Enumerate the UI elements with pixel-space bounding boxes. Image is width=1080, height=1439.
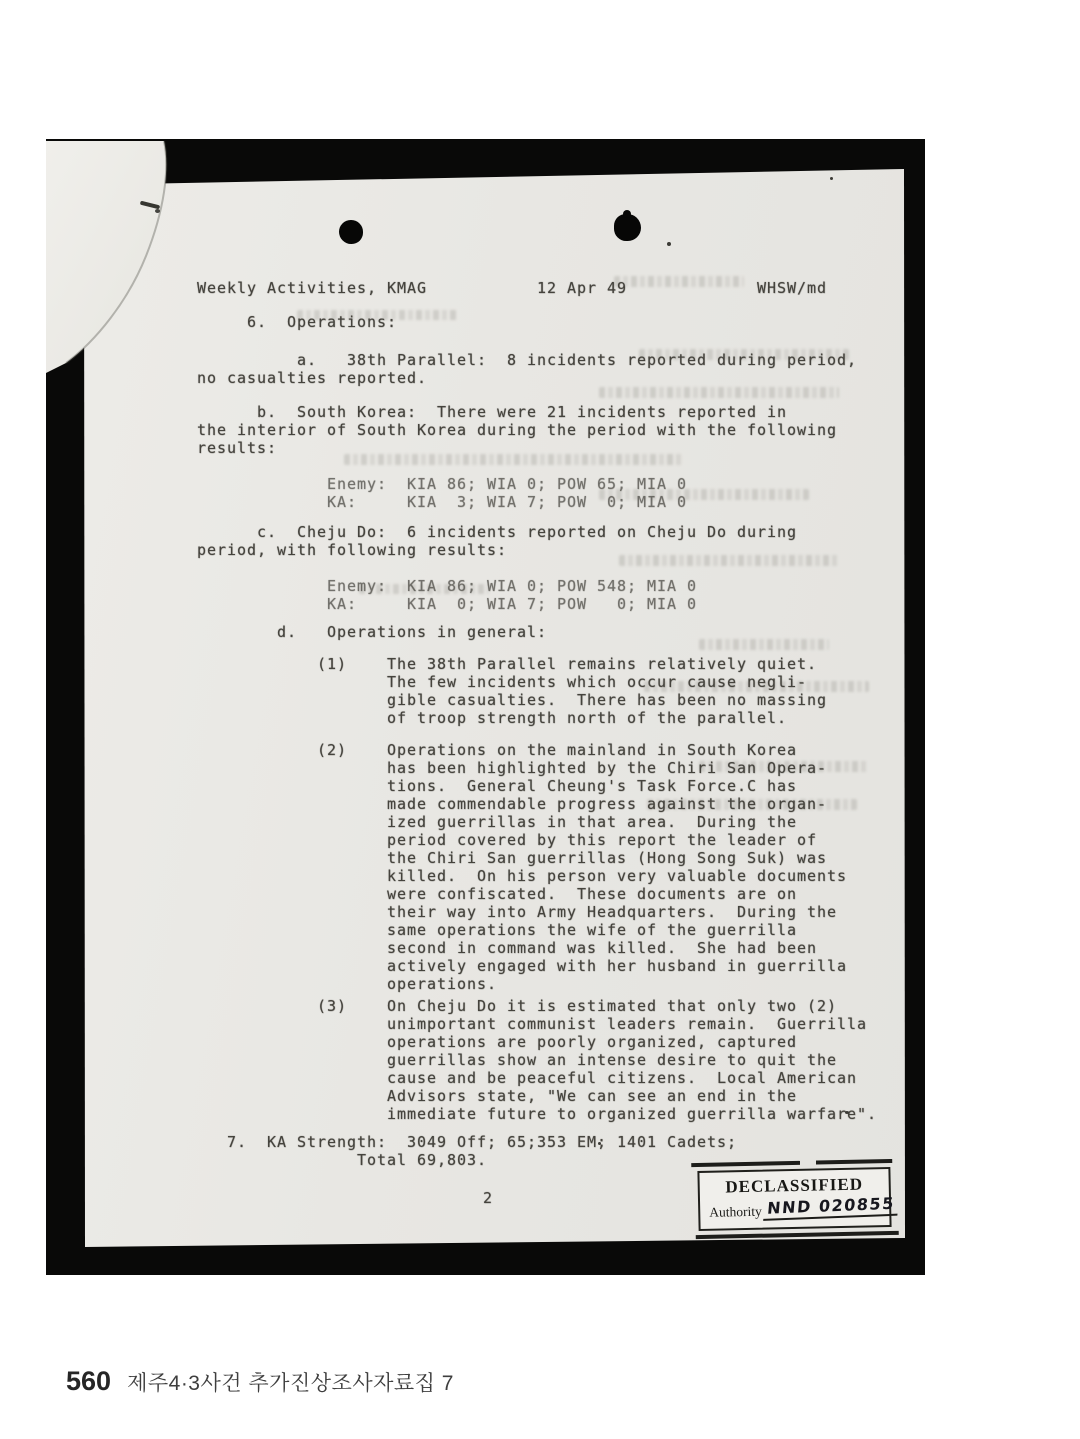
typewriter-line: guerrillas show an intense desire to qui… (197, 1052, 837, 1068)
typewriter-line: results: (197, 440, 277, 456)
stamp-authority-value: NND 020855 (763, 1194, 899, 1221)
typewriter-line: no casualties reported. (197, 370, 427, 386)
typewriter-line: unimportant communist leaders remain. Gu… (197, 1016, 867, 1032)
typewriter-line: has been highlighted by the Chiri San Op… (197, 760, 827, 776)
typewriter-line: Advisors state, "We can see an end in th… (197, 1088, 797, 1104)
declassified-stamp: DECLASSIFIED Authority NND 020855 (697, 1167, 891, 1231)
typewriter-line: actively engaged with her husband in gue… (197, 958, 847, 974)
typewriter-line: a. 38th Parallel: 8 incidents reported d… (197, 352, 857, 368)
typewriter-line: KA: KIA 0; WIA 7; POW 0; MIA 0 (197, 596, 697, 612)
typewriter-line: same operations the wife of the guerrill… (197, 922, 797, 938)
typewriter-line: period covered by this report the leader… (197, 832, 817, 848)
typewriter-line: (3) On Cheju Do it is estimated that onl… (197, 998, 837, 1014)
typewriter-line: the interior of South Korea during the p… (197, 422, 837, 438)
typewriter-line: KA: KIA 3; WIA 7; POW 0; MIA 0 (197, 494, 687, 510)
document-photo: Weekly Activities, KMAG 12 Apr 49 WHSW/m… (46, 139, 925, 1275)
typewriter-line: tions. General Cheung's Task Force.C has (197, 778, 797, 794)
typewriter-line: of troop strength north of the parallel. (197, 710, 787, 726)
stamp-authority-label: Authority (709, 1204, 762, 1221)
typewriter-line: (1) The 38th Parallel remains relatively… (197, 656, 817, 672)
typewriter-line: 2 (483, 1190, 493, 1206)
typewriter-line: Enemy: KIA 86; WIA 0; POW 548; MIA 0 (197, 578, 697, 594)
typewriter-line: the Chiri San guerrillas (Hong Song Suk)… (197, 850, 827, 866)
typewriter-line: operations. (197, 976, 497, 992)
typewriter-line: 7. KA Strength: 3049 Off; 65;353 EM; 140… (197, 1134, 737, 1150)
staple-mark (155, 209, 160, 213)
typewriter-line: period, with following results: (197, 542, 507, 558)
page-curl (46, 141, 216, 377)
paper-speck (598, 1142, 601, 1145)
typewriter-line: operations are poorly organized, capture… (197, 1034, 797, 1050)
paper-speck (667, 242, 671, 246)
footer-caption: 560 제주4·3사건 추가진상조사자료집 7 (66, 1366, 454, 1397)
paper-speck (845, 1111, 849, 1114)
typewriter-line: The few incidents which occur cause negl… (197, 674, 807, 690)
typewriter-line: Enemy: KIA 86; WIA 0; POW 65; MIA 0 (197, 476, 687, 492)
typewriter-line: immediate future to organized guerrilla … (197, 1106, 877, 1122)
typewriter-line: cause and be peaceful citizens. Local Am… (197, 1070, 857, 1086)
typewriter-line: (2) Operations on the mainland in South … (197, 742, 797, 758)
typewriter-line: their way into Army Headquarters. During… (197, 904, 837, 920)
typewriter-line: gible casualties. There has been no mass… (197, 692, 827, 708)
typewriter-line: Total 69,803. (197, 1152, 487, 1168)
typewriter-line: 6. Operations: (197, 314, 397, 330)
footer-page-number: 560 (66, 1366, 111, 1397)
hole-punch (339, 220, 363, 244)
typewriter-line: b. South Korea: There were 21 incidents … (197, 404, 787, 420)
typewriter-line: c. Cheju Do: 6 incidents reported on Che… (197, 524, 797, 540)
typewriter-line: second in command was killed. She had be… (197, 940, 817, 956)
typewriter-line: killed. On his person very valuable docu… (197, 868, 847, 884)
typewriter-line: were confiscated. These documents are on (197, 886, 797, 902)
footer-book-title: 제주4·3사건 추가진상조사자료집 7 (127, 1367, 454, 1397)
paper-speck (830, 177, 833, 180)
hole-punch (614, 214, 641, 241)
typewriter-line: ized guerrillas in that area. During the (197, 814, 797, 830)
typewriter-line: Weekly Activities, KMAG 12 Apr 49 WHSW/m… (197, 280, 827, 296)
typewriter-line: made commendable progress against the or… (197, 796, 827, 812)
typewriter-line: d. Operations in general: (197, 624, 547, 640)
